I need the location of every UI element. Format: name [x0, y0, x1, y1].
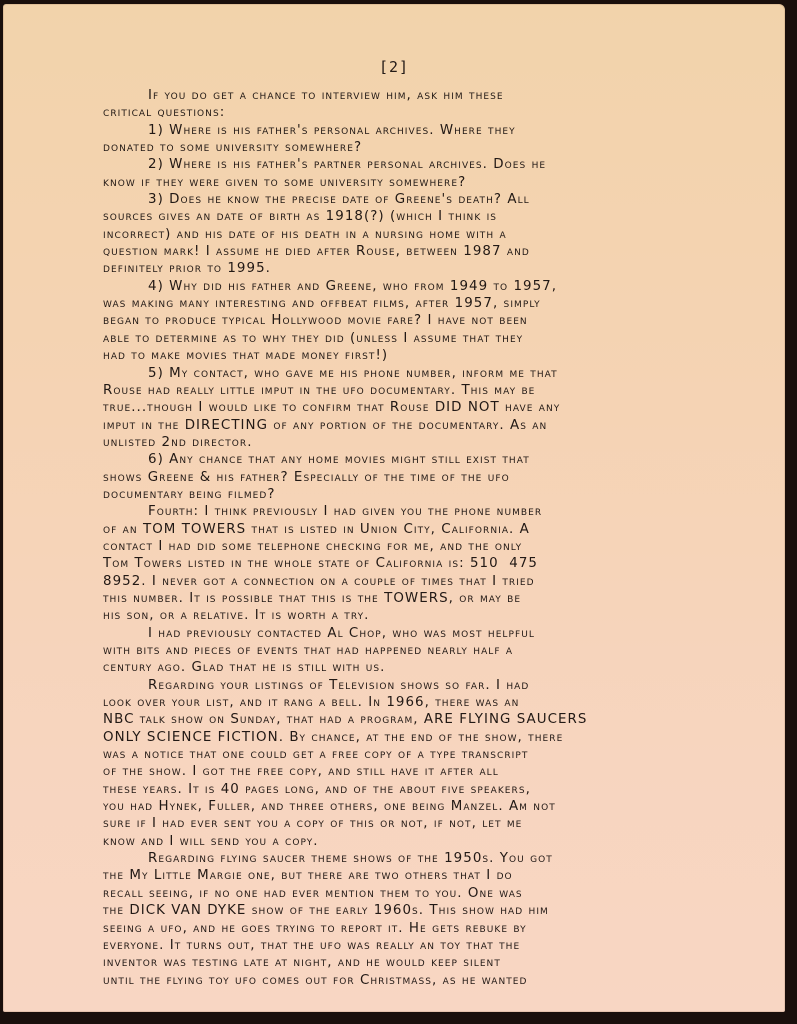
text-line: I had previously contacted Al Chop, who … [103, 625, 723, 642]
text-line: imput in the DIRECTING of any portion of… [103, 417, 723, 434]
text-line: the DICK VAN DYKE show of the early 1960… [103, 902, 723, 919]
text-line: If you do get a chance to interview him,… [103, 87, 723, 104]
text-line: of the show. I got the free copy, and st… [103, 763, 723, 780]
text-line: look over your list, and it rang a bell.… [103, 694, 723, 711]
text-line: true...though I would like to confirm th… [103, 399, 723, 416]
page-number: [2] [3, 58, 785, 76]
text-line: inventor was testing late at night, and … [103, 954, 723, 971]
text-line: seeing a ufo, and he goes trying to repo… [103, 920, 723, 937]
text-line: critical questions: [103, 104, 723, 121]
scanned-page: [2] If you do get a chance to interview … [0, 0, 797, 1024]
text-line: everyone. It turns out, that the ufo was… [103, 937, 723, 954]
text-line: unlisted 2nd director. [103, 434, 723, 451]
paper-sheet: [2] If you do get a chance to interview … [3, 4, 785, 1012]
text-line: Rouse had really little imput in the ufo… [103, 382, 723, 399]
text-line: NBC talk show on Sunday, that had a prog… [103, 711, 723, 728]
text-line: was a notice that one could get a free c… [103, 746, 723, 763]
text-line: Tom Towers listed in the whole state of … [103, 555, 723, 572]
text-line: ONLY SCIENCE FICTION. By chance, at the … [103, 729, 723, 746]
letter-body: If you do get a chance to interview him,… [103, 87, 723, 989]
text-line: his son, or a relative. It is worth a tr… [103, 607, 723, 624]
text-line: this number. It is possible that this is… [103, 590, 723, 607]
text-line: able to determine as to why they did (un… [103, 330, 723, 347]
text-line: know if they were given to some universi… [103, 174, 723, 191]
text-line: with bits and pieces of events that had … [103, 642, 723, 659]
text-line: incorrect) and his date of his death in … [103, 226, 723, 243]
text-line: sources gives an date of birth as 1918(?… [103, 208, 723, 225]
text-line: had to make movies that made money first… [103, 347, 723, 364]
text-line: these years. It is 40 pages long, and of… [103, 781, 723, 798]
text-line: recall seeing, if no one had ever mentio… [103, 885, 723, 902]
text-line: century ago. Glad that he is still with … [103, 659, 723, 676]
text-line: documentary being filmed? [103, 486, 723, 503]
text-line: began to produce typical Hollywood movie… [103, 312, 723, 329]
text-line: 3) Does he know the precise date of Gree… [103, 191, 723, 208]
text-line: the My Little Margie one, but there are … [103, 867, 723, 884]
text-line: you had Hynek, Fuller, and three others,… [103, 798, 723, 815]
text-line: donated to some university somewhere? [103, 139, 723, 156]
text-line: until the flying toy ufo comes out for C… [103, 972, 723, 989]
text-line: 8952. I never got a connection on a coup… [103, 573, 723, 590]
text-line: was making many interesting and offbeat … [103, 295, 723, 312]
text-line: question mark! I assume he died after Ro… [103, 243, 723, 260]
text-line: 1) Where is his father's personal archiv… [103, 122, 723, 139]
text-line: sure if I had ever sent you a copy of th… [103, 815, 723, 832]
text-line: contact I had did some telephone checkin… [103, 538, 723, 555]
text-line: of an TOM TOWERS that is listed in Union… [103, 521, 723, 538]
text-line: definitely prior to 1995. [103, 260, 723, 277]
text-line: 5) My contact, who gave me his phone num… [103, 365, 723, 382]
text-line: 6) Any chance that any home movies might… [103, 451, 723, 468]
text-line: Regarding your listings of Television sh… [103, 677, 723, 694]
text-line: know and I will send you a copy. [103, 833, 723, 850]
text-line: 2) Where is his father's partner persona… [103, 156, 723, 173]
text-line: Regarding flying saucer theme shows of t… [103, 850, 723, 867]
text-line: 4) Why did his father and Greene, who fr… [103, 278, 723, 295]
text-line: Fourth: I think previously I had given y… [103, 503, 723, 520]
text-line: shows Greene & his father? Especially of… [103, 469, 723, 486]
